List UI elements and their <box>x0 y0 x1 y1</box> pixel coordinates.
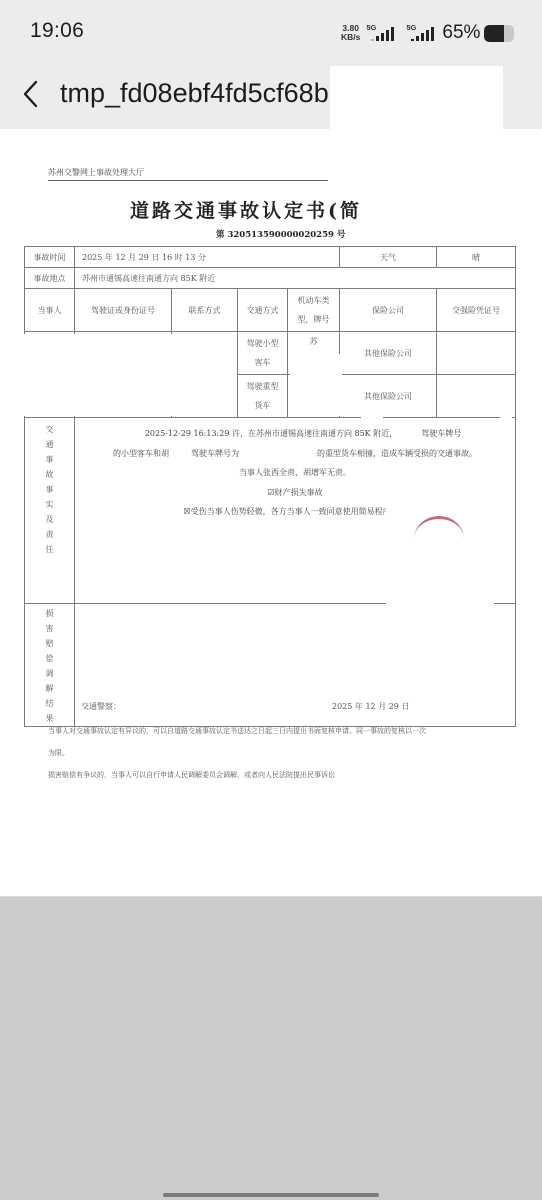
col-header: 交强险凭证号 <box>437 289 516 332</box>
file-title: tmp_fd08ebf4fd5cf68b <box>60 78 329 109</box>
table-row: 损害赔偿调解结果 交通警察： 2025 年 12 月 29 日 <box>25 604 516 727</box>
accident-report: 苏州交警网上事故处理大厅 道路交通事故认定书(简 第 3205135900000… <box>0 129 542 896</box>
facts-line: 的小型客车和胡驾驶车牌号为的重型货车相撞，造成车辆受损的交通事故。 <box>81 444 509 464</box>
mediation-label: 损害赔偿调解结果 <box>25 604 75 727</box>
col-header: 当事人 <box>25 289 75 332</box>
table-row: 事故地点 苏州市通锡高速往南通方向 85K 附近 <box>25 268 516 289</box>
signal-sim1-icon: 5G <box>366 22 400 44</box>
redaction-box <box>290 354 342 416</box>
insurer-cell: 其他保险公司 <box>340 332 437 375</box>
col-header: 联系方式 <box>172 289 238 332</box>
org-header: 苏州交警网上事故处理大厅 <box>48 167 144 178</box>
note-line: 为限。 <box>48 742 508 764</box>
redaction-box <box>330 66 503 130</box>
redaction-box <box>361 411 383 421</box>
legal-notes: 当事人对交通事故认定有异议的，可以自道路交通事故认定书送达之日起三日内提出书面复… <box>48 720 508 786</box>
network-speed: 3.80 KB/s <box>341 24 360 42</box>
location-value: 苏州市通锡高速往南通方向 85K 附近 <box>75 268 516 289</box>
location-label: 事故地点 <box>25 268 75 289</box>
home-indicator[interactable] <box>163 1193 379 1197</box>
document-title: 道路交通事故认定书(简 <box>130 196 362 223</box>
redaction-box <box>14 334 232 416</box>
battery-percent: 65% <box>442 22 480 44</box>
note-line: 当事人对交通事故认定有异议的，可以自道路交通事故认定书送达之日起三日内提出书面复… <box>48 720 508 742</box>
table-row: 事故时间 2025 年 12 月 29 日 16 时 13 分 天气 晴 <box>25 247 516 268</box>
sign-date: 2025 年 12 月 29 日 <box>332 701 409 712</box>
mediation-content: 交通警察： 2025 年 12 月 29 日 <box>75 604 516 727</box>
transport-cell: 驾驶小型客车 <box>238 332 288 375</box>
redaction-box <box>386 469 494 609</box>
signal-sim2-icon: 5G <box>406 22 440 44</box>
facts-line: 2025-12-29 16:13:29 许，在苏州市通锡高速往南通方向 85K … <box>81 424 509 444</box>
time-value: 2025 年 12 月 29 日 16 时 13 分 <box>75 247 340 268</box>
table-header-row: 当事人 驾驶证或身份证号 联系方式 交通方式 机动车类型，牌号 保险公司 交强险… <box>25 289 516 332</box>
officer-label: 交通警察： <box>81 702 121 711</box>
transport-cell: 驾驶重型货车 <box>238 375 288 418</box>
redaction-box <box>500 411 512 431</box>
weather-label: 天气 <box>340 247 437 268</box>
status-bar: 19:06 3.80 KB/s 5G 5G 65% <box>0 0 542 62</box>
col-header: 驾驶证或身份证号 <box>75 289 172 332</box>
clock: 19:06 <box>30 19 84 43</box>
header-divider <box>48 180 328 181</box>
note-line: 损害赔偿有争议的，当事人可以自行申请人民调解委员会调解，或者向人民法院提出民事诉… <box>48 764 508 786</box>
document-number: 第 320513590000020259 号 <box>216 228 345 240</box>
col-header: 保险公司 <box>340 289 437 332</box>
col-header: 机动车类型，牌号 <box>288 289 340 332</box>
weather-value: 晴 <box>437 247 516 268</box>
time-label: 事故时间 <box>25 247 75 268</box>
back-button[interactable] <box>18 76 48 112</box>
status-icons: 3.80 KB/s 5G 5G 65% <box>341 20 514 46</box>
document-page[interactable]: 苏州交警网上事故处理大厅 道路交通事故认定书(简 第 3205135900000… <box>0 129 542 897</box>
chevron-left-icon <box>18 76 48 112</box>
col-header: 交通方式 <box>238 289 288 332</box>
insurer-cell: 其他保险公司 <box>340 375 437 418</box>
facts-label: 交通事故事实及责任 <box>25 418 75 604</box>
battery-icon <box>484 25 514 42</box>
policy-cell <box>437 332 516 375</box>
